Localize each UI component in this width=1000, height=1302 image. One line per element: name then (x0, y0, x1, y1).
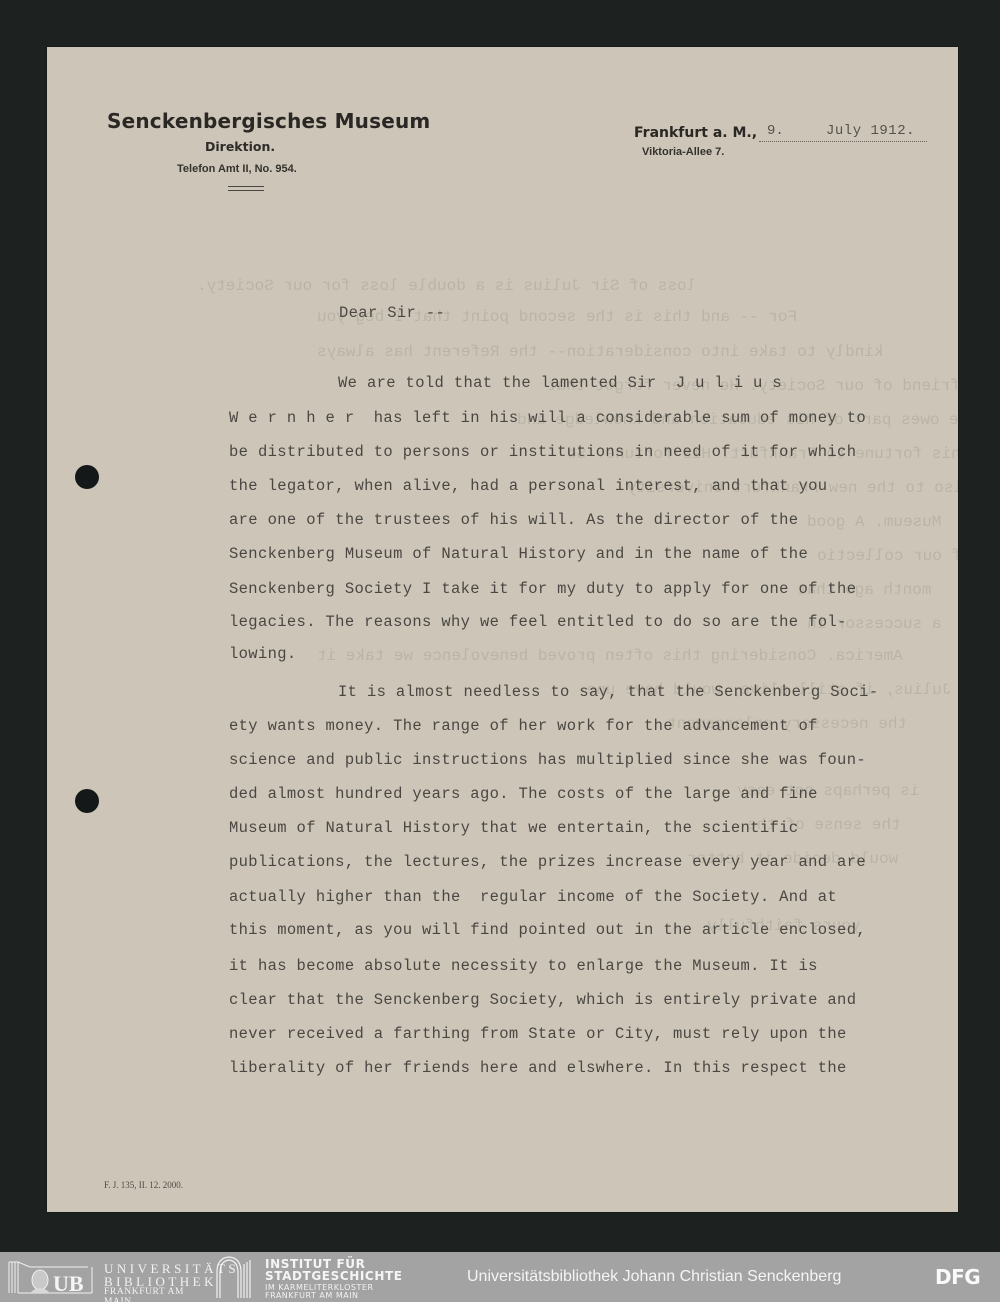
svg-text:UB: UB (53, 1271, 84, 1295)
letter-line: liberality of her friends here and elswh… (229, 1059, 847, 1077)
letter-line: It is almost needless to say, that the S… (338, 683, 878, 701)
letter-line: lowing. (229, 645, 297, 663)
institution-name: Senckenbergisches Museum (107, 109, 430, 133)
bleed-line: kindly to take into consideration-- the … (317, 343, 884, 361)
isg-logo[interactable]: INSTITUT FÜR STADTGESCHICHTE IM KARMELIT… (215, 1256, 415, 1298)
phone-number: Telefon Amt II, No. 954. (177, 163, 297, 175)
letter-page: loss of Sir Julius is a double loss for … (47, 47, 958, 1212)
library-name-link[interactable]: Universitätsbibliothek Johann Christian … (467, 1268, 841, 1286)
letter-line: clear that the Senckenberg Society, whic… (229, 991, 856, 1009)
letter-line: We are told that the lamented Sir J u l … (338, 374, 782, 392)
letter-line: Senckenberg Museum of Natural History an… (229, 545, 808, 563)
date-day: 9. (767, 123, 784, 139)
letter-line: be distributed to persons or institution… (229, 443, 856, 461)
letter-line: Senckenberg Society I take it for my dut… (229, 580, 856, 598)
street-address: Viktoria-Allee 7. (642, 146, 724, 158)
letterhead-divider (228, 186, 264, 191)
letter-line: actually higher than the regular income … (229, 888, 837, 906)
bleed-line: of our collectio (817, 547, 958, 565)
letter-line: W e r n h e r has left in his will a con… (229, 409, 866, 427)
letter-line: ded almost hundred years ago. The costs … (229, 785, 818, 803)
punch-hole-bottom (75, 789, 99, 813)
isg-line-2: STADTGESCHICHTE (265, 1269, 403, 1283)
letter-line: are one of the trustees of his will. As … (229, 511, 798, 529)
salutation: Dear Sir -- (339, 304, 445, 322)
department-name: Direktion. (205, 139, 275, 154)
place-label: Frankfurt a. M., (634, 125, 757, 141)
dfg-logo[interactable]: DFG (935, 1265, 980, 1289)
ub-logo[interactable]: UB UNIVERSITÄTS BIBLIOTHEK FRANKFURT AM … (6, 1257, 206, 1297)
letter-line: the legator, when alive, had a personal … (229, 477, 827, 495)
bleed-line: loss of Sir Julius is a double loss for … (197, 277, 696, 295)
ub-goethe-icon: UB (6, 1259, 94, 1295)
letter-line: never received a farthing from State or … (229, 1025, 847, 1043)
bleed-line: America. Considering this often proved b… (317, 647, 903, 665)
bleed-line: Museum. A good (807, 513, 941, 531)
letter-line: it has become absolute necessity to enla… (229, 957, 818, 975)
letter-line: publications, the lectures, the prizes i… (229, 853, 866, 871)
letter-line: this moment, as you will find pointed ou… (229, 921, 866, 939)
footer-bar: UB UNIVERSITÄTS BIBLIOTHEK FRANKFURT AM … (0, 1252, 1000, 1302)
date-field: 9. July 1912. (759, 125, 927, 142)
gothic-arch-icon (215, 1256, 253, 1298)
ub-line-3: FRANKFURT AM MAIN (104, 1287, 206, 1302)
letter-line: legacies. The reasons why we feel entitl… (229, 613, 847, 631)
date-month-year: July 1912. (826, 123, 915, 139)
letter-line: science and public instructions has mult… (229, 751, 866, 769)
punch-hole-top (75, 465, 99, 489)
form-number: F. J. 135, II. 12. 2000. (104, 1180, 183, 1190)
letter-line: ety wants money. The range of her work f… (229, 717, 818, 735)
letter-line: Museum of Natural History that we entert… (229, 819, 798, 837)
isg-line-4: FRANKFURT AM MAIN (265, 1291, 359, 1300)
